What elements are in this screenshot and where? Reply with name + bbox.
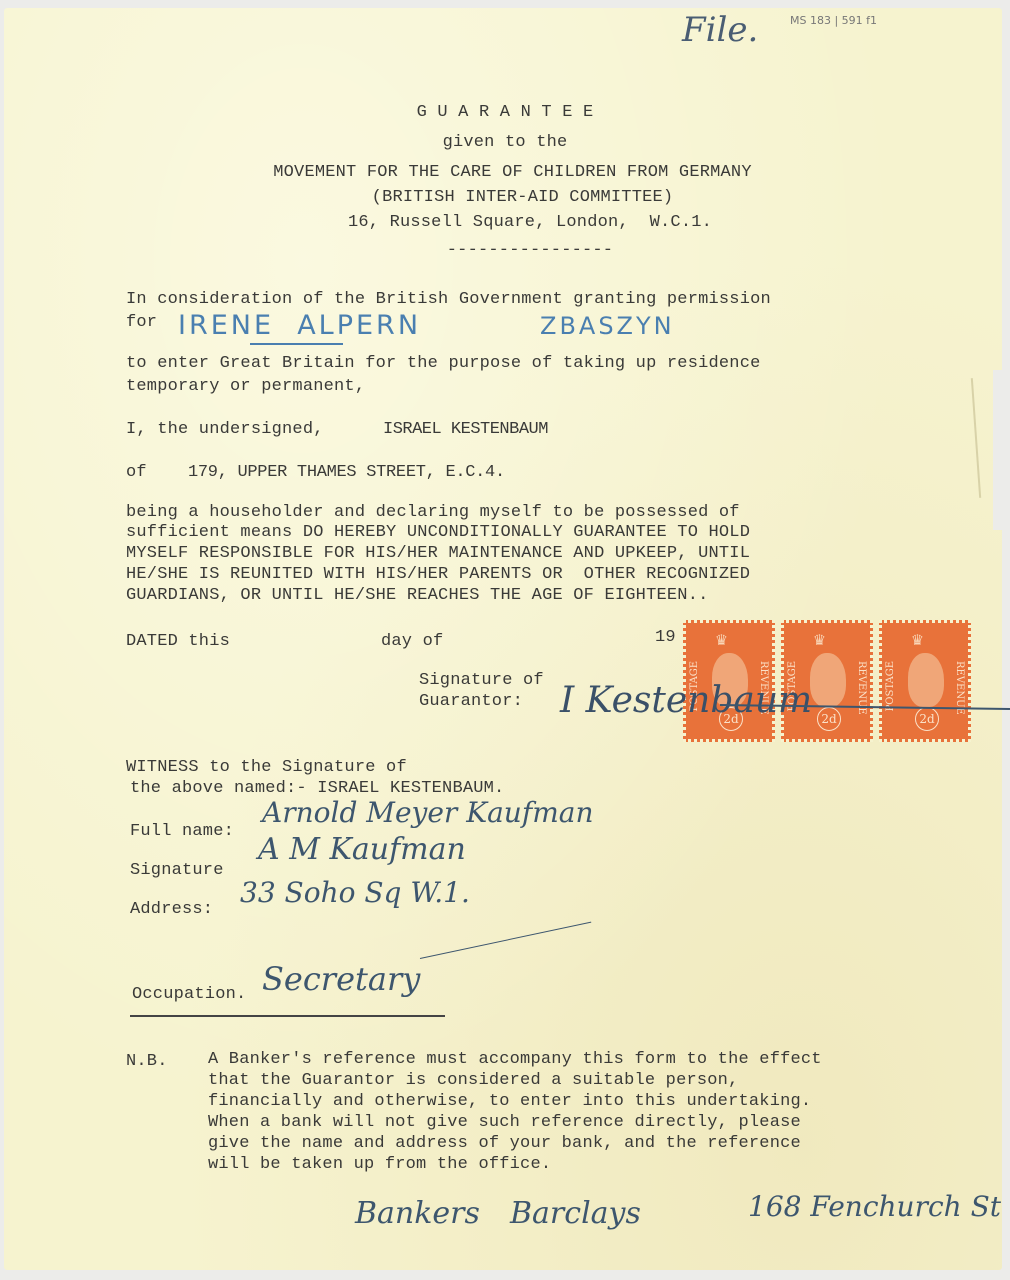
occupation-rule [130,1015,445,1017]
note-line: will be taken up from the office. [208,1154,551,1175]
note-line: When a bank will not give such reference… [208,1112,801,1133]
committee-name: (BRITISH INTER-AID COMMITTEE) [0,187,1010,208]
stamp-value: 2d [915,707,939,731]
archive-reference: MS 183 | 591 f1 [790,14,877,27]
signature-label: Signature [130,860,224,881]
occupation-value: Secretary [262,960,420,998]
note-label: N.B. [126,1051,168,1072]
paper-notch [993,370,1010,530]
full-name-value: Arnold Meyer Kaufman [262,796,593,829]
stamp-postage-label: POSTAGE [885,661,896,711]
file-note: File. [682,10,758,50]
organization-address: 16, Russell Square, London, W.C.1. [0,212,1010,233]
undersigned-label: I, the undersigned, [126,419,324,440]
header-divider: ---------------- [0,240,1010,261]
child-name-underline [250,343,343,345]
address-value: 33 Soho Sq W.1. [240,876,470,909]
king-portrait [908,653,944,707]
purpose-line-1: to enter Great Britain for the purpose o… [126,353,761,374]
guarantor-name: ISRAEL KESTENBAUM [383,419,548,440]
guarantor-signature: I Kestenbaum [560,680,812,721]
occupation-label: Occupation. [132,984,246,1005]
year-prefix: 19 [655,627,676,648]
guarantor-signature-label: Signature of [419,670,544,691]
declaration-line: HE/SHE IS REUNITED WITH HIS/HER PARENTS … [126,564,750,585]
child-name: IRENE ALPERN [178,310,421,341]
stamp-value: 2d [817,707,841,731]
note-line: financially and otherwise, to enter into… [208,1091,811,1112]
full-name-label: Full name: [130,821,234,842]
declaration-line: MYSELF RESPONSIBLE FOR HIS/HER MAINTENAN… [126,543,750,564]
declaration-line: sufficient means DO HEREBY UNCONDITIONAL… [126,522,750,543]
note-line: give the name and address of your bank, … [208,1133,801,1154]
bankers-label: Bankers [355,1196,480,1231]
guarantor-address: 179, UPPER THAMES STREET, E.C.4. [188,462,505,483]
day-of-label: day of [381,631,443,652]
purpose-line-2: temporary or permanent, [126,376,365,397]
address-label: Address: [130,899,213,920]
postage-stamp: ♛ POSTAGE REVENUE 2d [879,620,971,742]
declaration-line: GUARDIANS, OR UNTIL HE/SHE REACHES THE A… [126,585,709,606]
child-origin: ZBASZYN [540,312,675,340]
note-line: that the Guarantor is considered a suita… [208,1070,739,1091]
note-line: A Banker's reference must accompany this… [208,1049,822,1070]
declaration-line: being a householder and declaring myself… [126,502,740,523]
bank-address: 168 Fenchurch St [748,1190,1001,1223]
crown-icon: ♛ [814,629,825,651]
witness-heading: WITNESS to the Signature of [126,757,407,778]
for-label: for [126,312,157,333]
consideration-line: In consideration of the British Governme… [126,289,771,310]
bank-name: Barclays [510,1196,641,1231]
king-portrait [810,653,846,707]
witness-signature: A M Kaufman [258,832,466,867]
guarantor-signature-label: Guarantor: [419,691,523,712]
dated-label: DATED this [126,631,230,652]
organization-name: MOVEMENT FOR THE CARE OF CHILDREN FROM G… [0,162,1010,183]
given-to-line: given to the [0,132,1010,153]
document-title: G U A R A N T E E [0,102,1010,123]
crown-icon: ♛ [912,629,923,651]
of-label: of [126,462,147,483]
crown-icon: ♛ [716,629,727,651]
